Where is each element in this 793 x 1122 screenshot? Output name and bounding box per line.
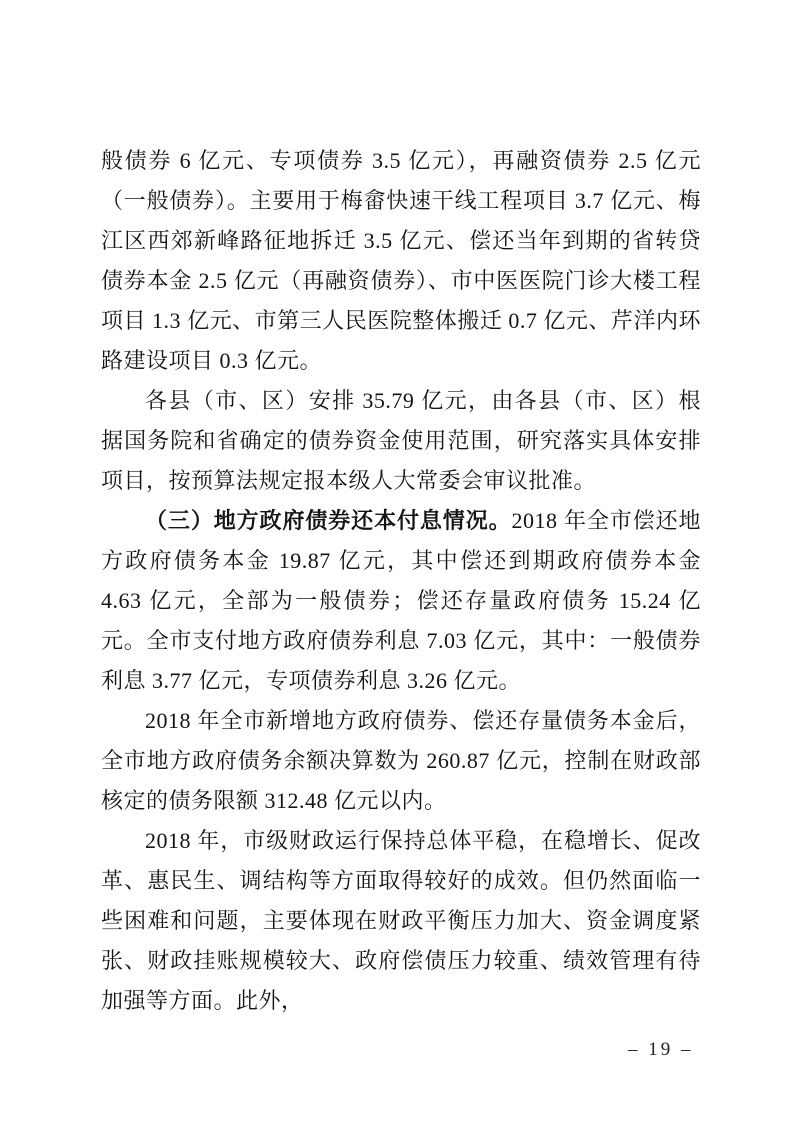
page-number: – 19 – [628,1038,694,1062]
paragraph-fiscal-summary: 2018 年，市级财政运行保持总体平稳，在稳增长、促改革、惠民生、调结构等方面取… [101,821,701,1021]
document-page: 般债券 6 亿元、专项债券 3.5 亿元），再融资债券 2.5 亿元（一般债券）… [0,0,793,1122]
document-body: 般债券 6 亿元、专项债券 3.5 亿元），再融资债券 2.5 亿元（一般债券）… [101,141,701,1021]
paragraph-text: 2018 年全市偿还地方政府债务本金 19.87 亿元，其中偿还到期政府债券本金… [101,508,701,693]
section-heading-three: （三）地方政府债券还本付息情况。 [145,508,512,533]
paragraph-continuation: 般债券 6 亿元、专项债券 3.5 亿元），再融资债券 2.5 亿元（一般债券）… [101,141,701,381]
paragraph-debt-repayment: （三）地方政府债券还本付息情况。2018 年全市偿还地方政府债务本金 19.87… [101,501,701,701]
paragraph-debt-balance: 2018 年全市新增地方政府债券、偿还存量债务本金后，全市地方政府债务余额决算数… [101,701,701,821]
paragraph-county-arrangement: 各县（市、区）安排 35.79 亿元，由各县（市、区）根据国务院和省确定的债券资… [101,381,701,501]
